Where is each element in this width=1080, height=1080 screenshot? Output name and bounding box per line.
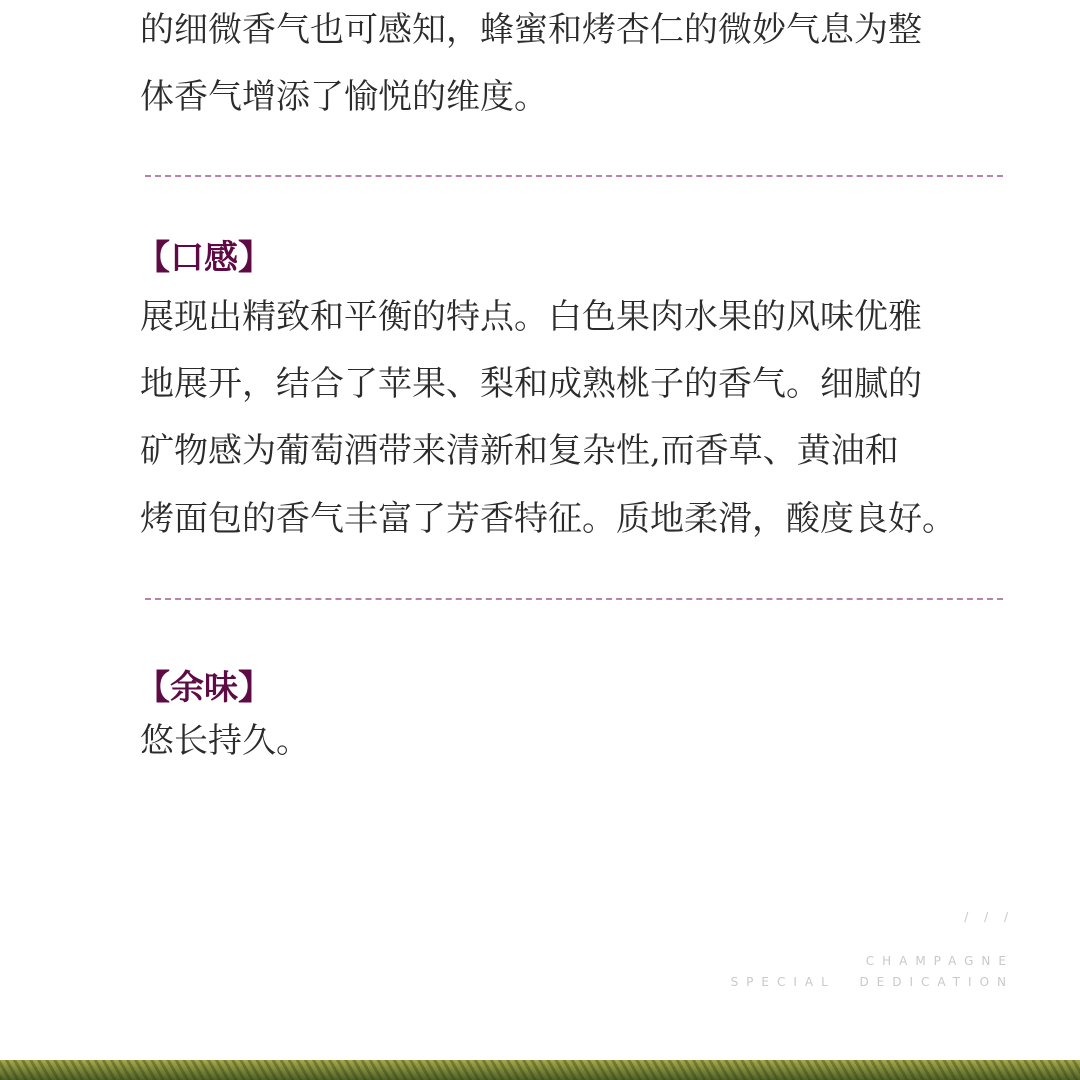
palate-heading: 【口感】 [136, 230, 272, 279]
slash-decoration: / / / [964, 910, 1014, 924]
palate-line-3: 矿物感为葡萄酒带来清新和复杂性,而香草、黄油和 [140, 418, 1010, 485]
palate-line-4: 烤面包的香气丰富了芳香特征。质地柔滑，酸度良好。 [140, 486, 1010, 553]
vineyard-photo-strip [0, 1060, 1080, 1080]
palate-line-2: 地展开，结合了苹果、梨和成熟桃子的香气。细腻的 [140, 351, 1010, 418]
finish-heading: 【余味】 [136, 660, 272, 709]
brand-line-champagne: CHAMPAGNE [866, 954, 1014, 968]
palate-line-1: 展现出精致和平衡的特点。白色果肉水果的风味优雅 [140, 284, 1010, 351]
section-divider [145, 598, 1003, 600]
brand-line-special-dedication: SPECIAL DEDICATION [731, 975, 1014, 989]
aroma-line-2: 体香气增添了愉悦的维度。 [140, 64, 1010, 131]
finish-line-1: 悠长持久。 [140, 708, 1010, 775]
aroma-line-1: 的细微香气也可感知，蜂蜜和烤杏仁的微妙气息为整 [140, 0, 1010, 64]
section-divider [145, 175, 1003, 177]
